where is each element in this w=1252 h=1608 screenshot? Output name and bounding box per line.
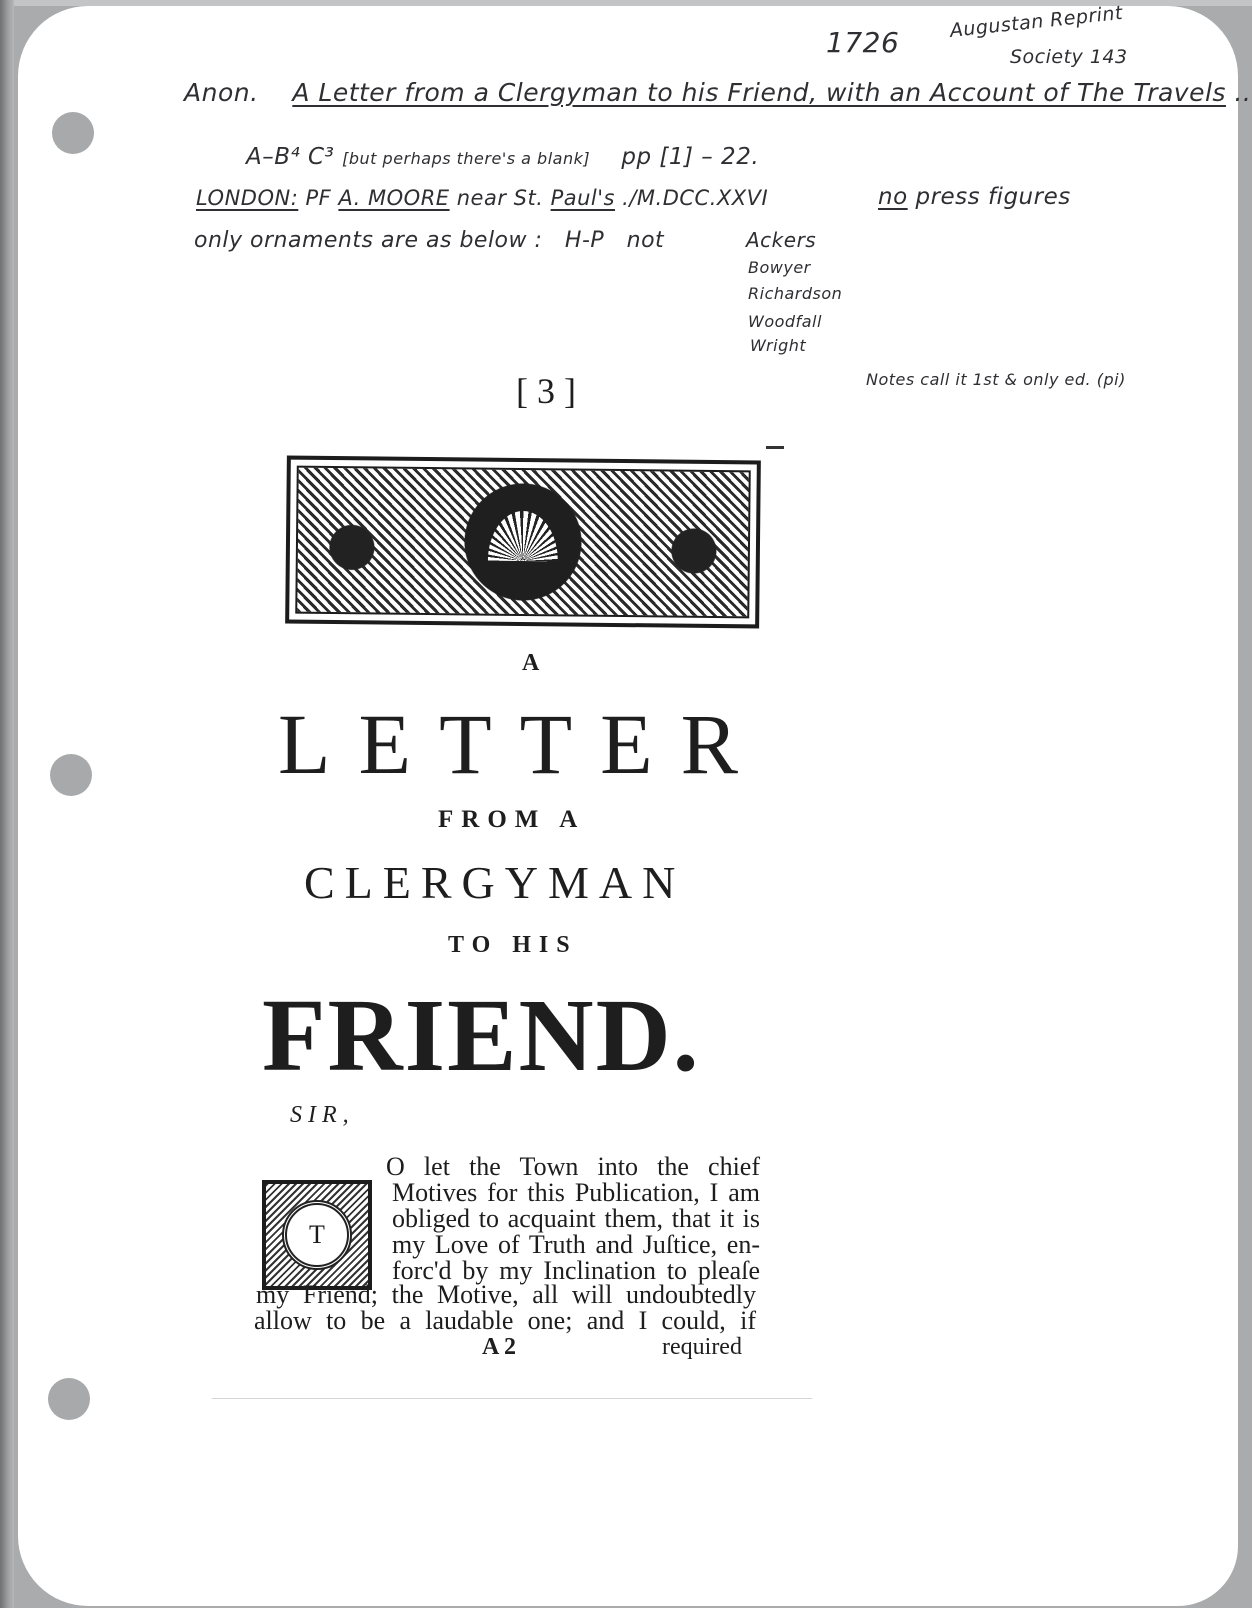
note-printer-bowyer: Bowyer [748, 258, 811, 277]
sunburst-icon [488, 511, 559, 562]
body-line-7: allow to be a laudable one; and I could,… [254, 1306, 756, 1336]
title-from-a: FROM A [438, 806, 585, 834]
page-number: [ 3 ] [516, 370, 576, 412]
note-collation-note: [but perhaps there's a blank] [342, 149, 590, 168]
note-press-figures-no: no [878, 184, 908, 210]
note-ornaments: only ornaments are as below : [194, 228, 542, 253]
note-collation-line: A–B⁴ C³ [but perhaps there's a blank] pp… [246, 144, 759, 170]
note-printer-richardson: Richardson [748, 284, 842, 303]
note-imprint-pf: PF [305, 186, 331, 210]
decorated-initial: T [262, 1180, 372, 1290]
stray-mark [766, 446, 784, 449]
title-to-his: TO HIS [448, 932, 578, 959]
note-edition: Notes call it 1st & only ed. (pi) [866, 370, 1126, 389]
note-printer-wright: Wright [750, 336, 806, 355]
note-pagination: pp [1] – 22. [621, 144, 759, 170]
decorated-initial-letter: T [282, 1200, 352, 1270]
binder-hole-middle [50, 754, 92, 796]
note-title-underlined: A Letter from a Clergyman to his Friend [292, 78, 809, 107]
note-imprint-pauls: Paul's [551, 186, 615, 210]
scanner-edge-left [0, 0, 14, 1608]
note-ornaments-line: only ornaments are as below : H-P not [194, 228, 664, 253]
title-a: A [522, 650, 539, 677]
note-series-line2: Society 143 [1010, 46, 1128, 68]
note-title-continuation: , with an Account of The Travels [809, 78, 1226, 107]
note-year: 1726 [826, 26, 899, 59]
headpiece-ornament [285, 456, 761, 629]
note-imprint-publisher: A. MOORE [338, 186, 449, 210]
note-press-figures-text: press figures [915, 184, 1070, 210]
headpiece-ornament-engraving [295, 466, 751, 619]
note-imprint-near: near St. [457, 186, 544, 210]
note-author: Anon. [184, 78, 259, 107]
note-imprint-place: LONDON: [196, 186, 298, 210]
title-letter: LETTER [278, 694, 766, 794]
binder-hole-bottom [48, 1378, 90, 1420]
note-collation: A–B⁴ C³ [246, 144, 334, 170]
title-clergyman: CLERGYMAN [304, 856, 685, 909]
note-printer-ackers: Ackers [746, 228, 816, 252]
note-printer-woodfall: Woodfall [748, 312, 822, 331]
binder-hole-top [52, 112, 94, 154]
note-title-ellipsis: .. [1234, 78, 1251, 107]
note-hp: H-P [565, 228, 604, 253]
note-imprint-date: ./M.DCC.XXVI [622, 186, 768, 210]
note-title-line: Anon. A Letter from a Clergyman to his F… [184, 78, 1251, 107]
title-friend: FRIEND. [262, 976, 701, 1095]
note-press-figures: no press figures [878, 184, 1071, 210]
catchword: required [662, 1334, 742, 1361]
note-not: not [627, 228, 665, 253]
signature-mark: A 2 [482, 1334, 516, 1361]
salutation: SIR, [290, 1102, 355, 1129]
note-imprint-line: LONDON: PF A. MOORE near St. Paul's ./M.… [196, 186, 768, 210]
